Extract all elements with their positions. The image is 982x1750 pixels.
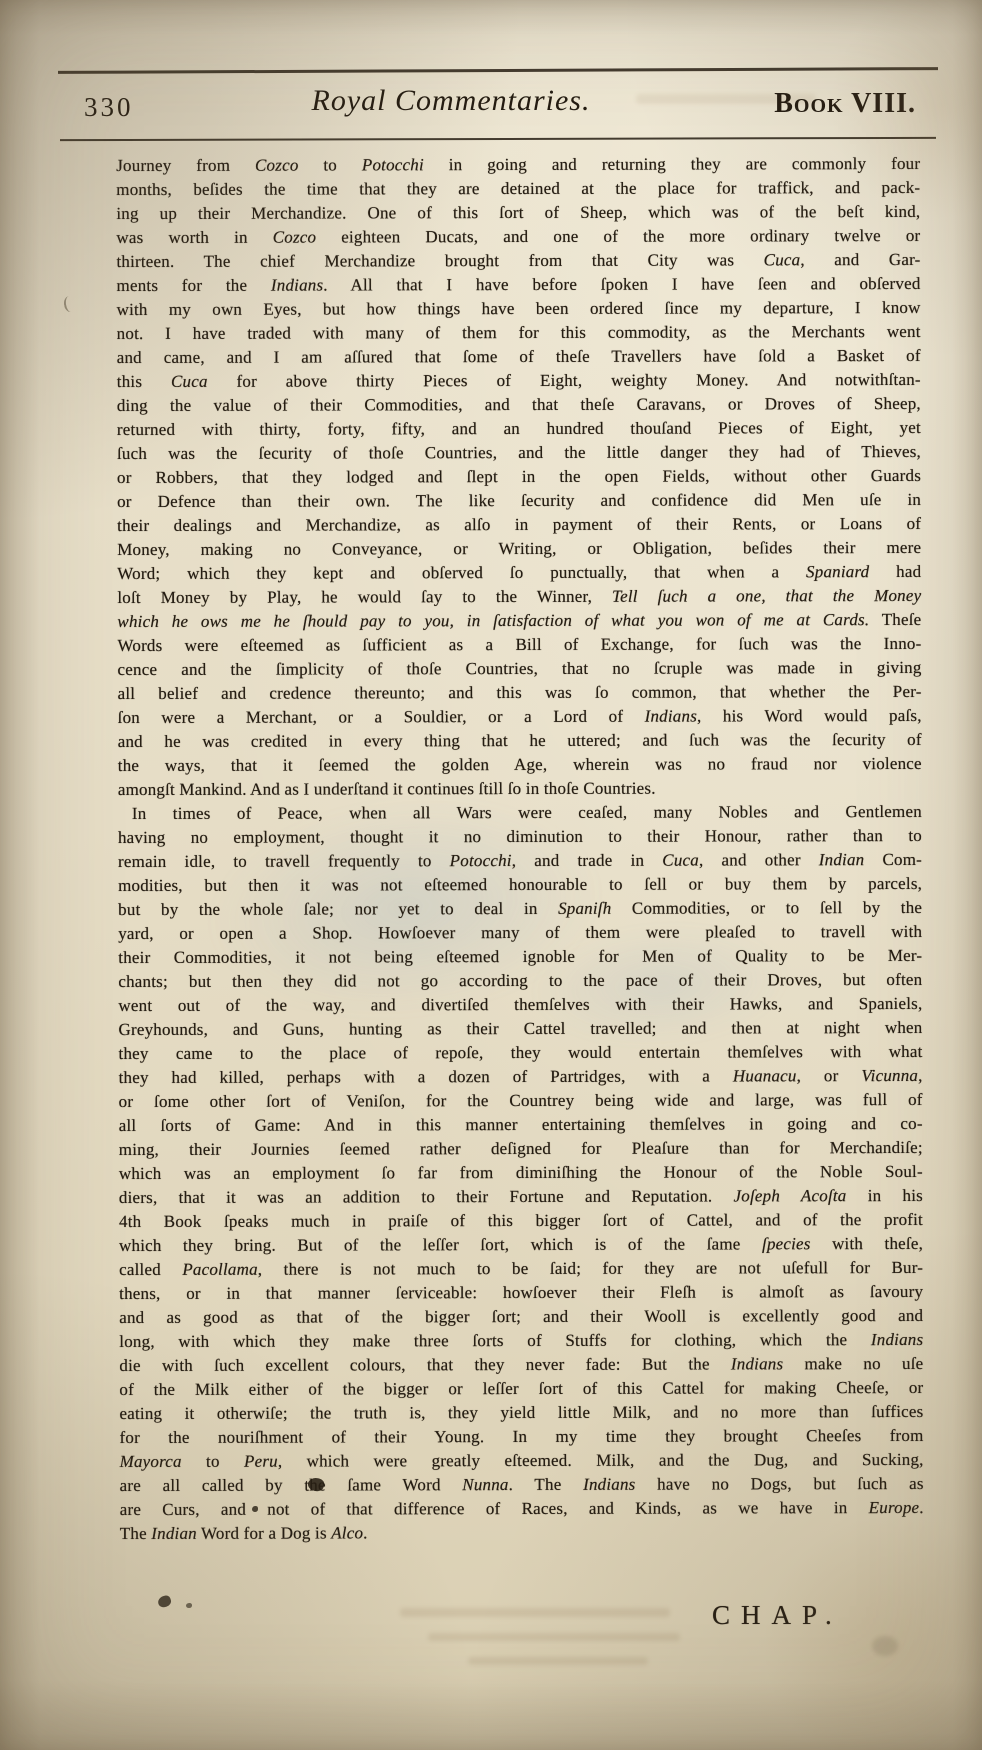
paragraph: Journey from Cozco to Potocchi in going … [116,152,922,802]
text-line: their dealings and Merchandize, as alſo … [117,512,921,538]
text-segment: all belief and credence thereunto; and t… [118,682,922,703]
text-segment: . [919,1498,924,1517]
text-line: Words were eſteemed as ſufficient as a B… [117,632,921,658]
text-segment: in going and returning they are commonly… [424,154,920,174]
italic-text-segment: Spaniſh [558,899,611,918]
text-segment: long, with which they make three ſorts o… [119,1330,871,1351]
italic-text-segment: Cozco [255,156,299,175]
text-segment: , [918,1066,923,1085]
text-line: called Pacollama, there is not much to b… [119,1256,923,1282]
text-line: of the Milk either of the bigger or leſſ… [119,1376,923,1402]
text-segment: called [119,1260,182,1279]
text-segment: having no employment, thought it no dimi… [118,826,922,847]
text-segment: to [182,1452,244,1471]
text-segment: the ways, that it ſeemed the golden Age,… [118,754,922,775]
text-segment: for above thirty Pieces of Eight, weight… [208,370,921,391]
text-segment: The [120,1524,152,1543]
ink-spot [252,1506,258,1512]
text-segment: or Defence than their own. The like ſecu… [117,490,921,511]
text-segment: ming, their Journies ſeemed rather deſig… [119,1138,923,1159]
italic-text-segment: Tell ſuch a one, that the Money [612,586,921,606]
ink-spot [186,1603,192,1608]
italic-text-segment: Cuca [764,250,801,269]
text-segment: diers, that it was an addition to their … [119,1186,734,1207]
text-line: ſuch was the ſecurity of thoſe Countries… [117,440,921,466]
text-segment: die with ſuch excellent colours, that th… [119,1354,731,1375]
text-segment: have no Dogs, but ſuch as [635,1474,923,1494]
text-segment: was worth in [116,228,272,247]
text-line: this Cuca for above thirty Pieces of Eig… [117,368,921,394]
text-segment: Greyhounds, and Guns, hunting as their C… [118,1018,922,1039]
text-line: and came, and I am aſſured that ſome of … [117,344,921,370]
text-segment: of the Milk either of the bigger or leſſ… [119,1378,923,1399]
text-line: their Commodities, it not being eſteemed… [118,944,922,970]
text-segment: their Commodities, it not being eſteemed… [118,946,922,967]
text-line: In times of Peace, when all Wars were ce… [118,800,922,826]
text-segment: . The [509,1475,584,1494]
text-line: having no employment, thought it no dimi… [118,824,922,850]
book-page-scan: 330 Royal Commentaries. Book VIII. Journ… [0,0,982,1750]
text-line: are Curs, and not of that difference of … [120,1496,924,1522]
italic-text-segment: Alco [331,1523,363,1542]
text-line: long, with which they make three ſorts o… [119,1328,923,1354]
text-line: Mayorca to Peru, which were greatly eſte… [120,1448,924,1474]
book-number-label: Book VIII. [774,88,916,120]
text-line: all belief and credence thereunto; and t… [118,680,922,706]
text-line: they came to the place of repoſe, they w… [119,1040,923,1066]
text-segment: with my own Eyes, but how things have be… [117,298,921,319]
margin-mark [63,295,77,313]
text-segment: they came to the place of repoſe, they w… [119,1042,923,1063]
text-segment: months, beſides the time that they are d… [116,178,920,199]
text-line: was worth in Cozco eighteen Ducats, and … [116,224,920,250]
text-line: which was an employment ſo far from dimi… [119,1160,923,1186]
text-segment: eating it otherwiſe; the truth is, they … [119,1402,923,1423]
text-line: not. I have traded with many of them for… [117,320,921,346]
text-segment: not. I have traded with many of them for… [117,322,921,343]
text-line: they had killed, perhaps with a dozen of… [119,1064,923,1090]
text-segment: cence and the ſimplicity of thoſe Countr… [118,658,922,679]
text-segment: make no uſe [783,1354,923,1373]
body-text: Journey from Cozco to Potocchi in going … [116,152,924,1546]
text-segment: Words were eſteemed as ſufficient as a B… [117,634,921,655]
text-segment: are Curs, and not of that difference of … [120,1498,869,1519]
bleed-through-text [468,1657,648,1665]
italic-text-segment: Vicunna [861,1066,918,1085]
text-segment: eighteen Ducats, and one of the more ord… [316,226,920,247]
text-segment: to [298,155,361,174]
text-segment: thirteen. The chief Merchandize brought … [116,250,763,271]
text-segment: or ſome other ſort of Veniſon, for the C… [119,1090,923,1111]
text-segment: ſuch was the ſecurity of thoſe Countries… [117,442,921,463]
text-segment: , and trade in [512,851,663,870]
text-segment: had [869,562,921,581]
text-line: ing up their Merchandize. One of this ſo… [116,200,920,226]
text-line: months, beſides the time that they are d… [116,176,920,202]
italic-text-segment: Joſeph Acoſta [734,1186,847,1205]
text-line: cence and the ſimplicity of thoſe Countr… [117,656,921,682]
italic-text-segment: Spaniard [806,562,869,581]
italic-text-segment: Indians [871,1330,923,1349]
stain-mark [872,1636,898,1656]
text-segment: and he was credited in every thing that … [118,730,922,751]
text-segment: Theſe [869,610,921,629]
ink-spot [157,1594,173,1608]
text-segment: and came, and I am aſſured that ſome of … [117,346,921,367]
text-line: remain idle, to travell frequently to Po… [118,848,922,874]
text-segment: and as good as that of the bigger ſort; … [119,1306,923,1327]
text-segment: Money, making no Conveyance, or Writing,… [117,538,921,559]
italic-text-segment: Potocchi [362,155,424,174]
italic-text-segment: Indian [819,850,865,869]
text-line: amongſt Mankind. And as I underſtand it … [118,776,922,802]
text-line: the ways, that it ſeemed the golden Age,… [118,752,922,778]
text-line: but by the whole ſale; nor yet to deal i… [118,896,922,922]
text-segment: Word for a Dog is [197,1523,331,1542]
text-line: returned with thirty, forty, fifty, and … [117,416,921,442]
italic-text-segment: Potocchi [450,851,512,870]
bleed-through-text [428,1633,680,1641]
italic-text-segment: Indian [151,1524,197,1543]
text-segment: modities, but then it was not eſteemed h… [118,874,922,895]
text-line: ming, their Journies ſeemed rather deſig… [119,1136,923,1162]
italic-text-segment: Huanacu [733,1066,797,1085]
italic-text-segment: Indians [645,707,697,726]
italic-text-segment: which he ows me he ſhould pay to you, in… [117,610,869,631]
text-line: Greyhounds, and Guns, hunting as their C… [118,1016,922,1042]
text-line: are all called by the ſame Word Nunna. T… [120,1472,924,1498]
text-line: thirteen. The chief Merchandize brought … [116,248,920,274]
text-line: and he was credited in every thing that … [118,728,922,754]
text-line: thens, or in that manner ſerviceable: ho… [119,1280,923,1306]
text-line: modities, but then it was not eſteemed h… [118,872,922,898]
header-bottom-rule [60,137,936,141]
text-line: die with ſuch excellent colours, that th… [119,1352,923,1378]
text-segment: amongſt Mankind. And as I underſtand it … [118,779,656,799]
text-line: for the nouriſhment of their Young. In m… [120,1424,924,1450]
text-line: with my own Eyes, but how things have be… [117,296,921,322]
text-line: all ſorts of Game: And in this manner en… [119,1112,923,1138]
text-segment: went out of the way, and divertiſed them… [118,994,922,1015]
text-line: yard, or open a Shop. Howſoever many of … [118,920,922,946]
text-segment: , or [797,1066,862,1085]
text-segment: this [117,372,171,391]
italic-text-segment: Cuca [171,372,208,391]
text-segment: 4th Book ſpeaks much in praiſe of this b… [119,1210,923,1231]
italic-text-segment: Pacollama [182,1260,258,1279]
italic-text-segment: Nunna [462,1475,508,1494]
text-line: loſt Money by Play, he would ſay to the … [117,584,921,610]
text-segment: chants; but then they did not go accordi… [118,970,922,991]
text-segment: yard, or open a Shop. Howſoever many of … [118,922,922,943]
text-segment: ing up their Merchandize. One of this ſo… [116,202,920,223]
italic-text-segment: Indians [271,276,323,295]
running-title: Royal Commentaries. [0,84,902,118]
text-segment: . All that I have before ſpoken I have ſ… [323,274,920,295]
text-segment: In times of Peace, when all Wars were ce… [132,802,922,823]
text-segment: Journey from [116,156,255,175]
text-line: Money, making no Conveyance, or Writing,… [117,536,921,562]
text-line: diers, that it was an addition to their … [119,1184,923,1210]
text-line: which he ows me he ſhould pay to you, in… [117,608,921,634]
text-segment: ding the value of their Commodities, and… [117,394,921,415]
text-segment: , and other [699,850,819,869]
text-line: Word; which they kept and obſerved ſo pu… [117,560,921,586]
text-segment: but by the whole ſale; nor yet to deal i… [118,899,558,919]
text-line: which they bring. But of the leſſer ſort… [119,1232,923,1258]
text-segment: Commodities, or to ſell by the [611,898,922,918]
text-segment: or Robbers, that they lodged and ſlept i… [117,466,921,487]
text-segment: all ſorts of Game: And in this manner en… [119,1114,923,1135]
italic-text-segment: Cuca [662,851,699,870]
text-line: 4th Book ſpeaks much in praiſe of this b… [119,1208,923,1234]
text-segment: , his Word would paſs, [697,706,922,726]
text-line: eating it otherwiſe; the truth is, they … [119,1400,923,1426]
text-segment: , which were greatly eſteemed. Milk, and… [278,1450,924,1471]
italic-text-segment: Indians [731,1354,783,1373]
italic-text-segment: Cozco [273,228,317,247]
text-segment: remain idle, to travell frequently to [118,851,450,871]
header-top-rule [58,67,938,74]
text-segment: thens, or in that manner ſerviceable: ho… [119,1282,923,1303]
text-segment: are all called by the ſame Word [120,1475,463,1495]
text-segment: which they bring. But of the leſſer ſort… [119,1234,762,1255]
text-line: ſon were a Merchant, or a Souldier, or a… [118,704,922,730]
italic-text-segment: ſpecies [762,1234,811,1253]
text-segment: ments for the [116,276,270,295]
text-segment: they had killed, perhaps with a dozen of… [119,1066,733,1087]
text-segment: which was an employment ſo far from dimi… [119,1162,923,1183]
text-segment: , there is not much to be ſaid; for they… [258,1258,923,1279]
text-segment: for the nouriſhment of their Young. In m… [120,1426,924,1447]
text-segment: Com- [864,850,922,869]
italic-text-segment: Peru [244,1452,278,1471]
text-line: ding the value of their Commodities, and… [117,392,921,418]
text-line: or Defence than their own. The like ſecu… [117,488,921,514]
text-segment: , and Gar- [800,250,920,269]
text-segment: in his [846,1186,922,1205]
text-line: The Indian Word for a Dog is Alco. [120,1520,924,1546]
bleed-through-text [400,1608,670,1617]
text-line: or ſome other ſort of Veniſon, for the C… [119,1088,923,1114]
italic-text-segment: Indians [583,1475,635,1494]
text-segment: . [363,1523,368,1542]
text-line: chants; but then they did not go accordi… [118,968,922,994]
italic-text-segment: Mayorca [120,1452,182,1471]
text-segment: with theſe, [811,1234,923,1253]
text-segment: Word; which they kept and obſerved ſo pu… [117,562,806,583]
paragraph: In times of Peace, when all Wars were ce… [118,800,924,1546]
text-line: and as good as that of the bigger ſort; … [119,1304,923,1330]
text-line: Journey from Cozco to Potocchi in going … [116,152,920,178]
text-segment: loſt Money by Play, he would ſay to the … [117,587,612,607]
text-segment: ſon were a Merchant, or a Souldier, or a… [118,707,645,727]
italic-text-segment: Europe [869,1498,920,1517]
text-segment: their dealings and Merchandize, as alſo … [117,514,921,535]
text-line: went out of the way, and divertiſed them… [118,992,922,1018]
text-line: ments for the Indians. All that I have b… [116,272,920,298]
text-segment: returned with thirty, forty, fifty, and … [117,418,921,439]
catchword: CHAP. [712,1600,843,1631]
text-line: or Robbers, that they lodged and ſlept i… [117,464,921,490]
